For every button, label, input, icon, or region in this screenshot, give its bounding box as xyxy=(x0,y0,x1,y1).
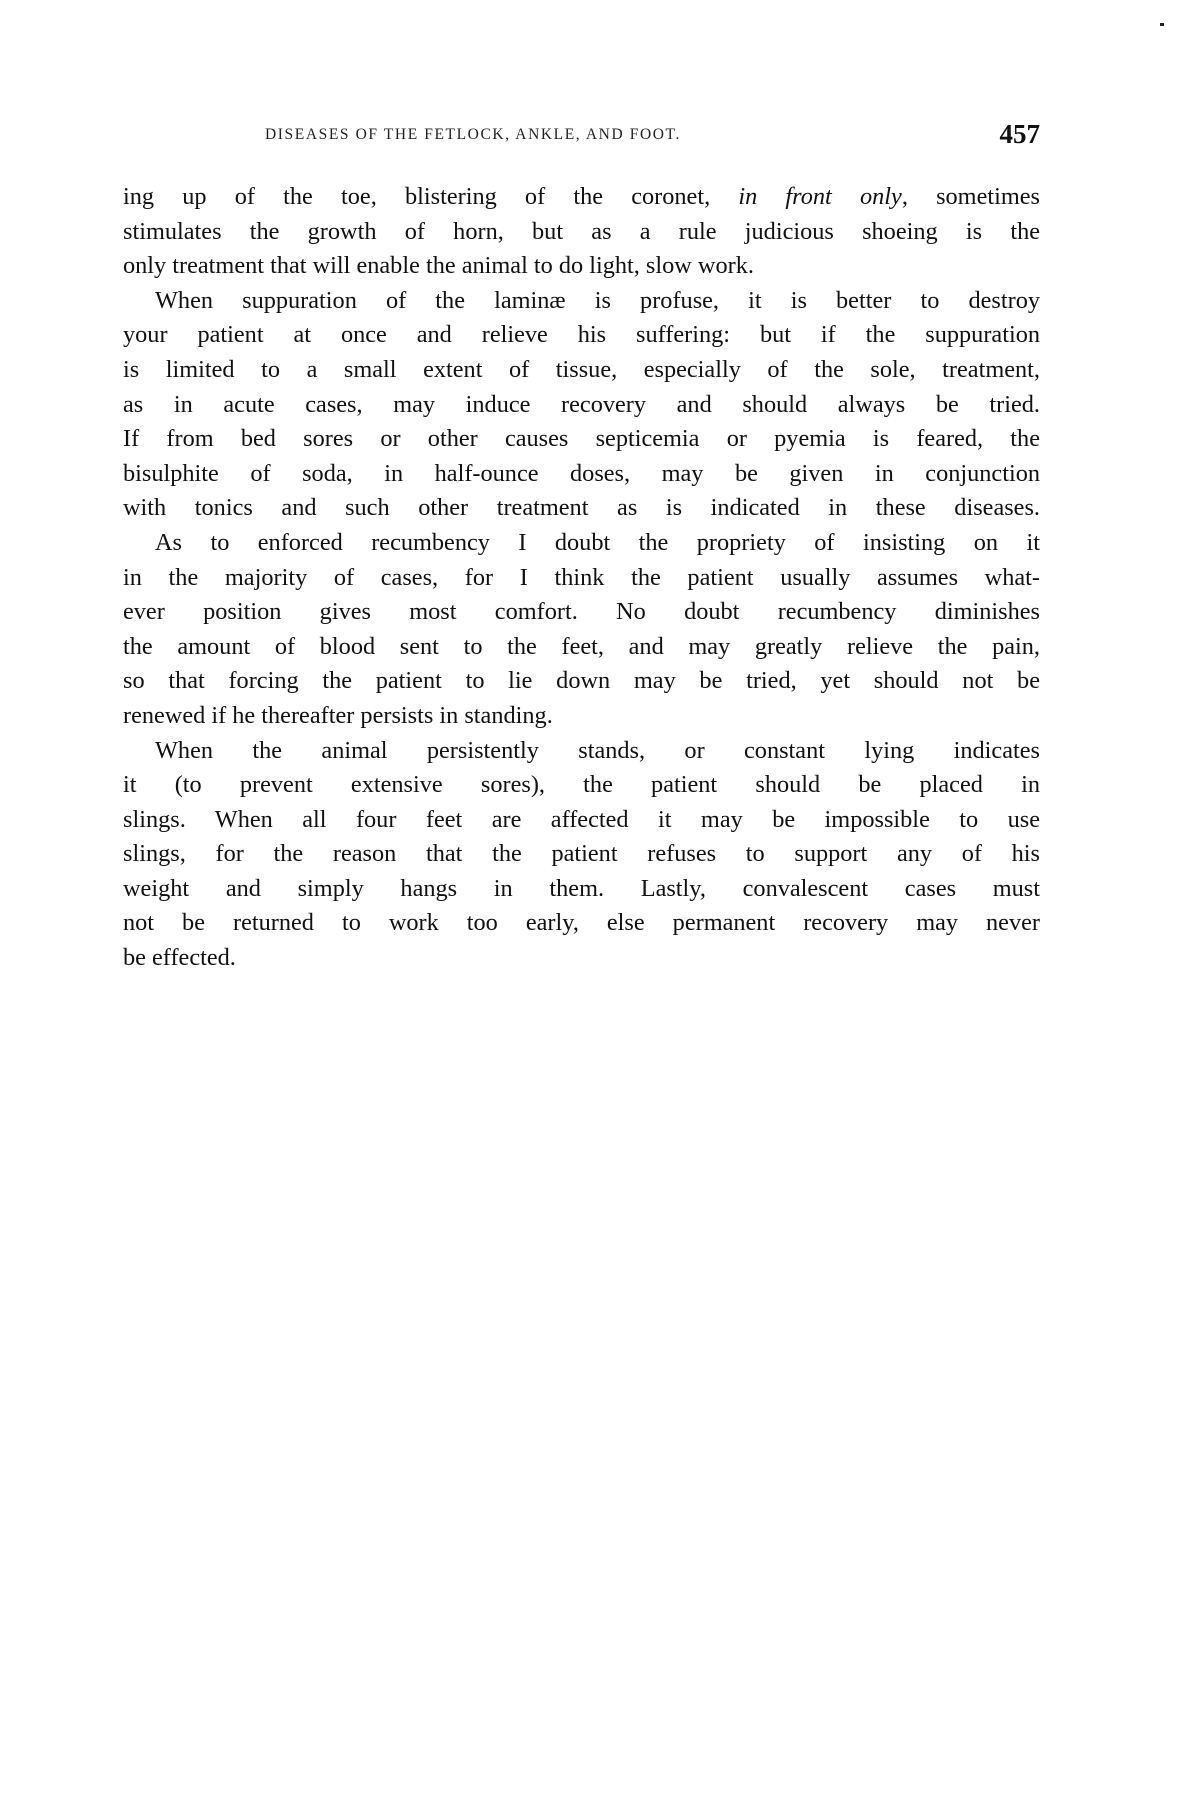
text-line: ing up of the toe, blistering of the cor… xyxy=(123,180,1040,215)
paragraph-2: When suppuration of the laminæ is profus… xyxy=(123,284,1040,526)
text-line: weight and simply hangs in them. Lastly,… xyxy=(123,872,1040,907)
text-line: bisulphite of soda, in half-ounce doses,… xyxy=(123,457,1040,492)
running-head: DISEASES OF THE FETLOCK, ANKLE, AND FOOT… xyxy=(265,126,681,144)
paragraph-4: When the animal persistently stands, or … xyxy=(123,734,1040,976)
paragraph-3: As to enforced recumbency I doubt the pr… xyxy=(123,526,1040,734)
text-line: If from bed sores or other causes septic… xyxy=(123,422,1040,457)
body-text: ing up of the toe, blistering of the cor… xyxy=(123,180,1040,976)
text-line: As to enforced recumbency I doubt the pr… xyxy=(123,526,1040,561)
text-line: When the animal persistently stands, or … xyxy=(123,734,1040,769)
text-line: as in acute cases, may induce recovery a… xyxy=(123,388,1040,423)
text-line: your patient at once and relieve his suf… xyxy=(123,318,1040,353)
text-line: be effected. xyxy=(123,941,1040,976)
paragraph-1: ing up of the toe, blistering of the cor… xyxy=(123,180,1040,284)
text-line: not be returned to work too early, else … xyxy=(123,906,1040,941)
page-number: 457 xyxy=(932,119,1040,150)
text-line: slings, for the reason that the patient … xyxy=(123,837,1040,872)
text-line: so that forcing the patient to lie down … xyxy=(123,664,1040,699)
text-line: with tonics and such other treatment as … xyxy=(123,491,1040,526)
italic-phrase: in front only xyxy=(738,183,901,210)
text-line: stimulates the growth of horn, but as a … xyxy=(123,215,1040,250)
text-line: slings. When all four feet are affected … xyxy=(123,803,1040,838)
text-line: ever position gives most comfort. No dou… xyxy=(123,595,1040,630)
text-line: in the majority of cases, for I think th… xyxy=(123,561,1040,596)
text-line: When suppuration of the laminæ is profus… xyxy=(123,284,1040,319)
book-page: DISEASES OF THE FETLOCK, ANKLE, AND FOOT… xyxy=(0,0,1200,1799)
scan-speck xyxy=(1160,23,1164,26)
text-line: it (to prevent extensive sores), the pat… xyxy=(123,768,1040,803)
text-line: renewed if he thereafter persists in sta… xyxy=(123,699,1040,734)
text-line: the amount of blood sent to the feet, an… xyxy=(123,630,1040,665)
text-line: is limited to a small extent of tissue, … xyxy=(123,353,1040,388)
text-line: only treatment that will enable the anim… xyxy=(123,249,1040,284)
